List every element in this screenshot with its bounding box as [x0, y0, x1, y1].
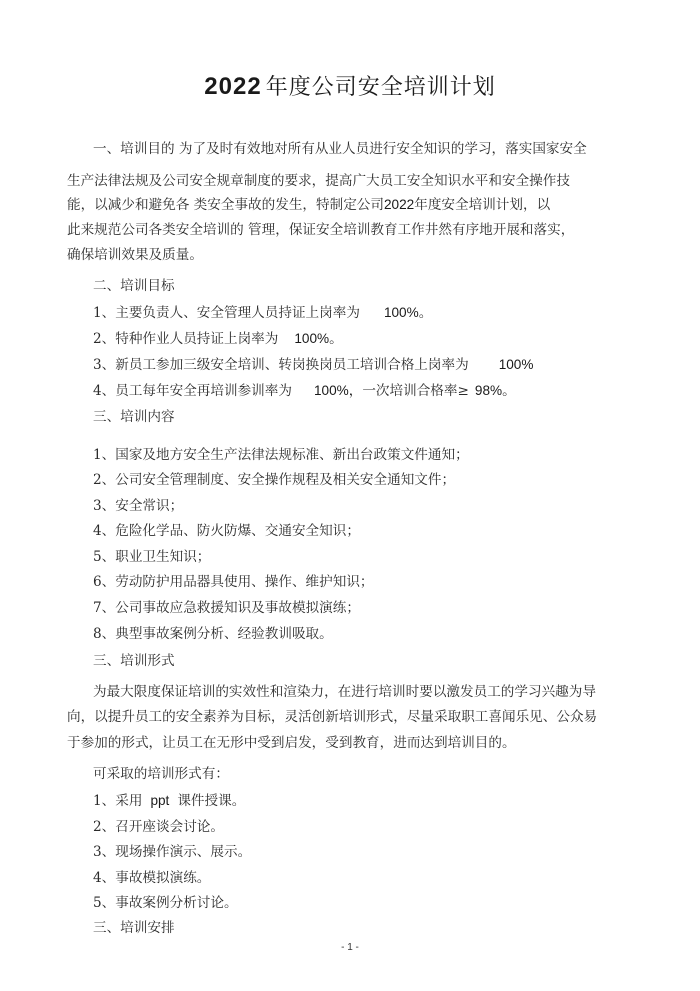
title-year: 2022: [204, 73, 261, 100]
document-title: 2022年度公司安全培训计划: [0, 70, 700, 101]
format-paragraph-line-2: 向，以提升员工的安全素养为目标，灵活创新培训形式，尽量采取职工喜闻乐见、公众易: [67, 708, 597, 726]
title-text: 年度公司安全培训计划: [266, 75, 496, 100]
goal-item-2: 2、特种作业人员持证上岗率为100%。: [93, 330, 343, 348]
format-option-2: 2、召开座谈会讨论。: [93, 818, 224, 836]
format-paragraph-line-3: 于参加的形式，让员工在无形中受到启发，受到教育，进而达到培训目的。: [67, 734, 516, 752]
format-options-intro: 可采取的培训形式有：: [93, 765, 229, 783]
page-number: - 1 -: [0, 942, 700, 953]
goal-item-1: 1、主要负责人、安全管理人员持证上岗率为100%。: [93, 304, 432, 322]
content-item-6: 6、劳动防护用品器具使用、操作、维护知识；: [93, 573, 374, 591]
goal-item-3: 3、新员工参加三级安全培训、转岗换岗员工培训合格上岗率为100%: [93, 356, 533, 374]
purpose-line-3: 能，以减少和避免各 类安全事故的发生，特制定公司2022年度安全培训计划，以: [67, 196, 550, 214]
format-option-1: 1、采用ppt课件授课。: [93, 792, 245, 810]
purpose-line-2: 生产法律法规及公司安全规章制度的要求，提高广大员工安全知识水平和安全操作技: [67, 172, 570, 190]
content-item-8: 8、典型事故案例分析、经验教训吸取。: [93, 625, 333, 643]
goals-heading: 二、培训目标: [93, 277, 175, 295]
content-item-7: 7、公司事故应急救援知识及事故模拟演练；: [93, 599, 360, 617]
purpose-line-5: 确保培训效果及质量。: [67, 246, 203, 264]
content-item-3: 3、安全常识；: [93, 497, 183, 515]
content-item-5: 5、职业卫生知识；: [93, 548, 210, 566]
format-option-5: 5、事故案例分析讨论。: [93, 894, 238, 912]
format-paragraph-line-1: 为最大限度保证培训的实效性和渲染力，在进行培训时要以激发员工的学习兴趣为导: [93, 683, 596, 701]
purpose-line-4: 此来规范公司各类安全培训的 管理，保证安全培训教育工作井然有序地开展和落实，: [67, 221, 574, 239]
document-page: 2022年度公司安全培训计划 一、培训目的 为了及时有效地对所有从业人员进行安全…: [0, 0, 700, 991]
purpose-line-1: 一、培训目的 为了及时有效地对所有从业人员进行安全知识的学习，落实国家安全: [93, 140, 587, 158]
format-option-3: 3、现场操作演示、展示。: [93, 843, 251, 861]
goal-item-4: 4、员工每年安全再培训参训率为100%，一次培训合格率≥98%。: [93, 382, 516, 400]
content-item-1: 1、国家及地方安全生产法律法规标准、新出台政策文件通知；: [93, 446, 469, 464]
content-item-4: 4、危险化学品、防火防爆、交通安全知识；: [93, 522, 360, 540]
format-heading: 三、培训形式: [93, 652, 175, 670]
format-option-4: 4、事故模拟演练。: [93, 869, 210, 887]
content-item-2: 2、公司安全管理制度、安全操作规程及相关安全通知文件；: [93, 471, 455, 489]
content-heading: 三、培训内容: [93, 408, 175, 426]
purpose-year: 2022: [384, 197, 414, 212]
arrangement-heading: 三、培训安排: [93, 919, 175, 937]
